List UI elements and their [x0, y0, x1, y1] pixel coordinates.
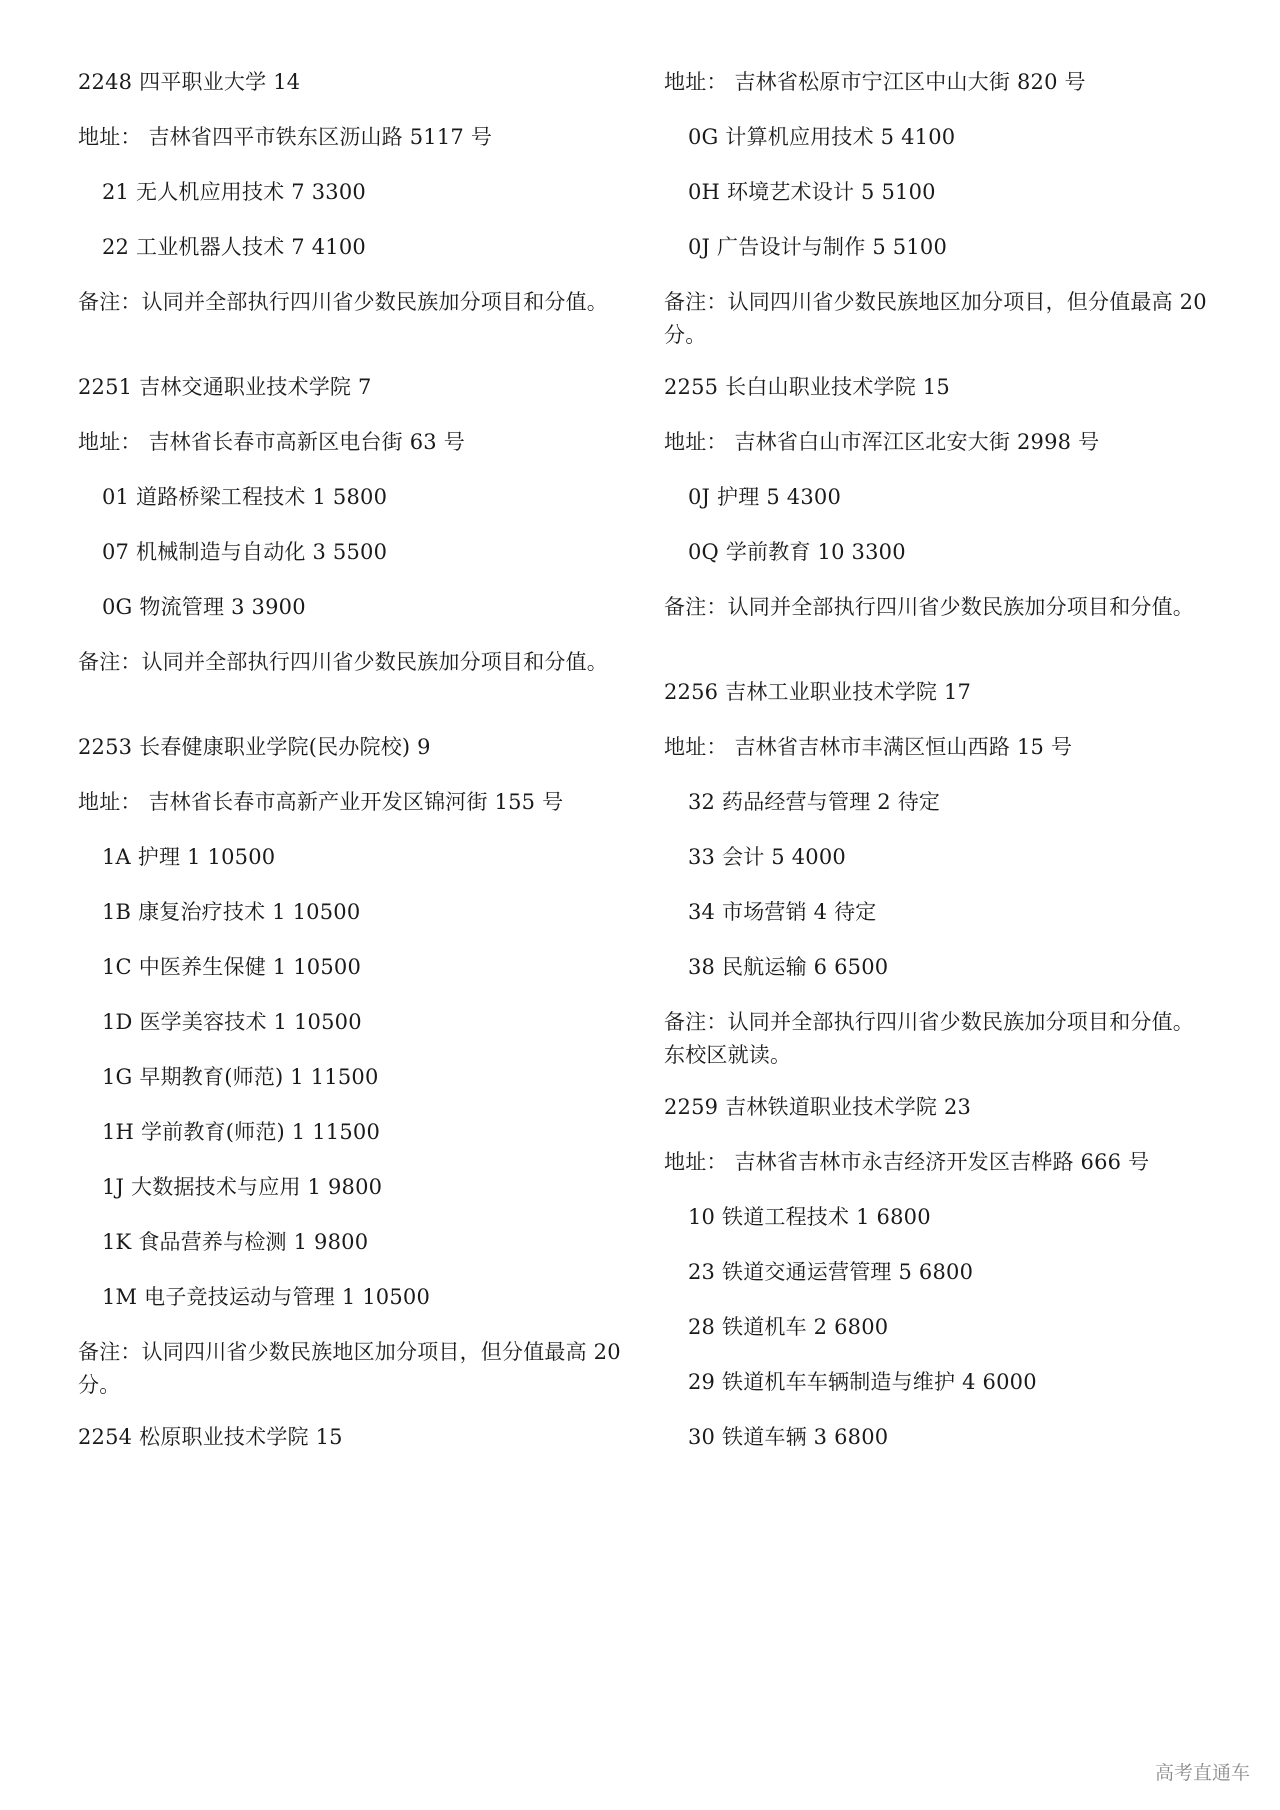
school-header: 2254 松原职业技术学院 15 [78, 1423, 343, 1451]
major-row: 32 药品经营与管理 2 待定 [688, 788, 940, 816]
school-note: 备注：认同并全部执行四川省少数民族加分项目和分值。 [664, 591, 1209, 624]
watermark: 高考直通车 [1155, 1758, 1250, 1785]
school-header: 2251 吉林交通职业技术学院 7 [78, 373, 372, 401]
school-address: 地址： 吉林省四平市铁东区沥山路 5117 号 [78, 123, 492, 151]
major-row: 21 无人机应用技术 7 3300 [102, 178, 366, 206]
major-row: 28 铁道机车 2 6800 [688, 1313, 888, 1341]
major-row: 34 市场营销 4 待定 [688, 898, 877, 926]
school-address: 地址： 吉林省长春市高新产业开发区锦河街 155 号 [78, 788, 563, 816]
major-row: 0H 环境艺术设计 5 5100 [688, 178, 936, 206]
major-row: 1K 食品营养与检测 1 9800 [102, 1228, 368, 1256]
major-row: 23 铁道交通运营管理 5 6800 [688, 1258, 973, 1286]
major-row: 33 会计 5 4000 [688, 843, 846, 871]
major-row: 1M 电子竞技运动与管理 1 10500 [102, 1283, 430, 1311]
major-row: 07 机械制造与自动化 3 5500 [102, 538, 387, 566]
major-row: 0J 护理 5 4300 [688, 483, 841, 511]
major-row: 1J 大数据技术与应用 1 9800 [102, 1173, 382, 1201]
school-header: 2253 长春健康职业学院(民办院校) 9 [78, 733, 431, 761]
school-header: 2255 长白山职业技术学院 15 [664, 373, 950, 401]
school-address: 地址： 吉林省白山市浑江区北安大街 2998 号 [664, 428, 1099, 456]
major-row: 29 铁道机车车辆制造与维护 4 6000 [688, 1368, 1037, 1396]
school-address: 地址： 吉林省松原市宁江区中山大街 820 号 [664, 68, 1086, 96]
major-row: 22 工业机器人技术 7 4100 [102, 233, 366, 261]
school-address: 地址： 吉林省长春市高新区电台街 63 号 [78, 428, 465, 456]
major-row: 01 道路桥梁工程技术 1 5800 [102, 483, 387, 511]
school-note: 备注：认同并全部执行四川省少数民族加分项目和分值。 [78, 646, 623, 679]
major-row: 1H 学前教育(师范) 1 11500 [102, 1118, 380, 1146]
school-note: 备注：认同并全部执行四川省少数民族加分项目和分值。 [78, 286, 623, 319]
major-row: 0J 广告设计与制作 5 5100 [688, 233, 947, 261]
school-note: 备注：认同四川省少数民族地区加分项目，但分值最高 20 分。 [78, 1336, 623, 1402]
school-address: 地址： 吉林省吉林市永吉经济开发区吉桦路 666 号 [664, 1148, 1149, 1176]
major-row: 30 铁道车辆 3 6800 [688, 1423, 888, 1451]
document-page: 2248 四平职业大学 14 地址： 吉林省四平市铁东区沥山路 5117 号 2… [0, 0, 1280, 1810]
major-row: 1D 医学美容技术 1 10500 [102, 1008, 362, 1036]
school-header: 2248 四平职业大学 14 [78, 68, 300, 96]
major-row: 1G 早期教育(师范) 1 11500 [102, 1063, 379, 1091]
major-row: 38 民航运输 6 6500 [688, 953, 888, 981]
major-row: 1B 康复治疗技术 1 10500 [102, 898, 360, 926]
major-row: 10 铁道工程技术 1 6800 [688, 1203, 931, 1231]
school-header: 2259 吉林铁道职业技术学院 23 [664, 1093, 971, 1121]
school-address: 地址： 吉林省吉林市丰满区恒山西路 15 号 [664, 733, 1072, 761]
major-row: 1A 护理 1 10500 [102, 843, 275, 871]
major-row: 1C 中医养生保健 1 10500 [102, 953, 361, 981]
school-header: 2256 吉林工业职业技术学院 17 [664, 678, 971, 706]
major-row: 0Q 学前教育 10 3300 [688, 538, 906, 566]
major-row: 0G 计算机应用技术 5 4100 [688, 123, 955, 151]
major-row: 0G 物流管理 3 3900 [102, 593, 306, 621]
school-note: 备注：认同并全部执行四川省少数民族加分项目和分值。东校区就读。 [664, 1006, 1209, 1072]
school-note: 备注：认同四川省少数民族地区加分项目，但分值最高 20 分。 [664, 286, 1209, 352]
